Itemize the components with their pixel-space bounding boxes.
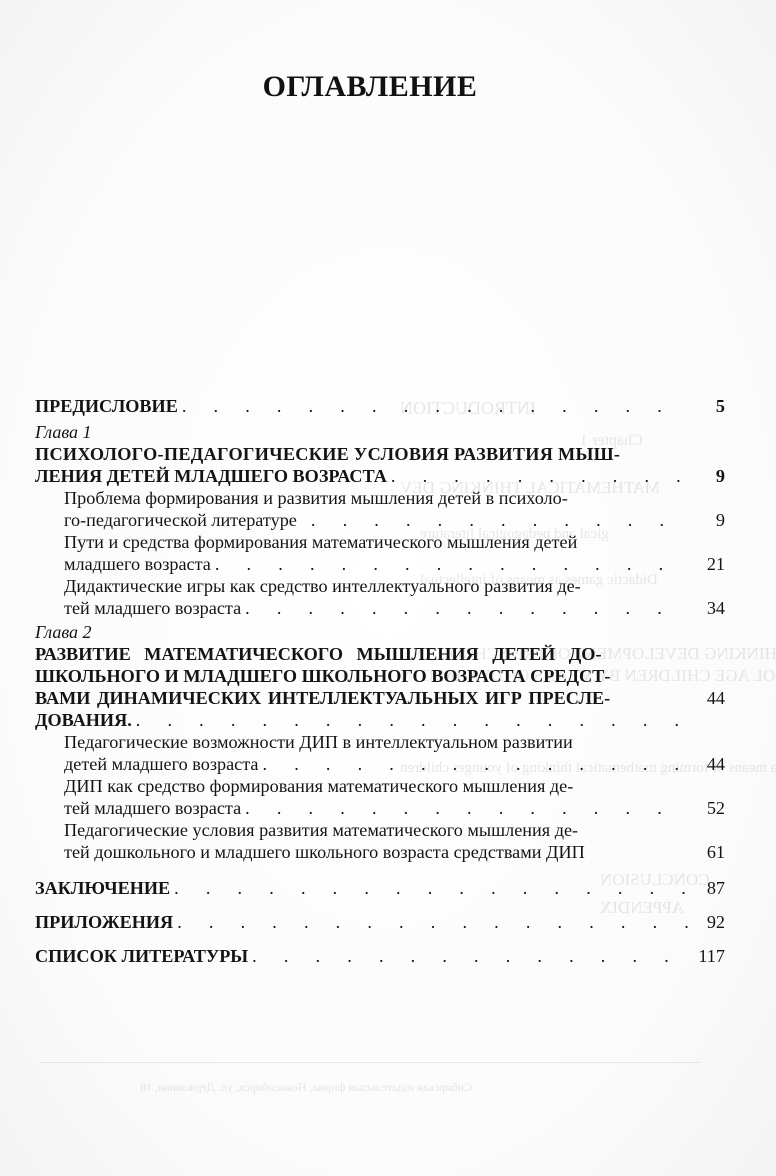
table-of-contents: ПРЕДИСЛОВИЕ . . . . . . . . . . . . . . … — [35, 395, 695, 967]
heading-line: ПСИХОЛОГО-ПЕДАГОГИЧЕСКИЕ УСЛОВИЯ РАЗВИТИ… — [35, 443, 695, 465]
dot-leader: . . . . . . . . . . . . . . . . . . . . … — [252, 945, 689, 967]
page-number: 44 — [689, 753, 725, 775]
entry-title: СПИСОК ЛИТЕРАТУРЫ — [35, 945, 248, 967]
dot-leader: . . . . . . . . . . . . . . . . . . . . … — [311, 509, 689, 531]
toc-section[interactable]: Пути и средства формирования математичес… — [35, 531, 695, 575]
page-number: 61 — [689, 841, 725, 863]
toc-entry-references[interactable]: СПИСОК ЛИТЕРАТУРЫ . . . . . . . . . . . … — [35, 945, 695, 967]
dot-leader: . . . . . . . . . . . . . . . . . . . . … — [174, 877, 689, 899]
show-through-text: Сибирская издательская фирма, Новосибирс… — [140, 1080, 472, 1095]
section-line: Педагогические условия развития математи… — [64, 819, 695, 841]
toc-section[interactable]: Дидактические игры как средство интеллек… — [35, 575, 695, 619]
toc-section[interactable]: Педагогические условия развития математи… — [35, 819, 695, 863]
chapter-label: Глава 2 — [35, 621, 695, 643]
page-number: 34 — [689, 597, 725, 619]
toc-entry-chapter-2[interactable]: РАЗВИТИЕ МАТЕМАТИЧЕСКОГО МЫШЛЕНИЯ ДЕТЕЙ … — [35, 643, 695, 731]
heading-line: ШКОЛЬНОГО И МЛАДШЕГО ШКОЛЬНОГО ВОЗРАСТА … — [35, 665, 695, 687]
section-line: ДИП как средство формирования математиче… — [64, 775, 695, 797]
heading-line: РАЗВИТИЕ МАТЕМАТИЧЕСКОГО МЫШЛЕНИЯ ДЕТЕЙ … — [35, 643, 695, 665]
book-page: INTRODUCTION Chapter 1 MATHEMATICAL THIN… — [0, 0, 776, 1176]
toc-entry-appendix[interactable]: ПРИЛОЖЕНИЯ . . . . . . . . . . . . . . .… — [35, 911, 695, 933]
section-line: го-педагогической литературе — [64, 509, 297, 531]
section-line: Проблема формирования и развития мышлени… — [64, 487, 695, 509]
heading-line: ЛЕНИЯ ДЕТЕЙ МЛАДШЕГО ВОЗРАСТА — [35, 465, 387, 487]
toc-section[interactable]: Педагогические возможности ДИП в интелле… — [35, 731, 695, 775]
dot-leader: . . . . . . . . . . . . . . . . . . . . … — [177, 911, 689, 933]
show-through-rule — [40, 1062, 701, 1063]
chapter-label: Глава 1 — [35, 421, 695, 443]
page-number: 117 — [689, 945, 725, 967]
page-number: 9 — [689, 509, 725, 531]
toc-entry-preface[interactable]: ПРЕДИСЛОВИЕ . . . . . . . . . . . . . . … — [35, 395, 695, 417]
section-line: Дидактические игры как средство интеллек… — [64, 575, 695, 597]
toc-entry-chapter-1[interactable]: ПСИХОЛОГО-ПЕДАГОГИЧЕСКИЕ УСЛОВИЯ РАЗВИТИ… — [35, 443, 695, 487]
page-number: 21 — [689, 553, 725, 575]
heading-line: ДОВАНИЯ. — [35, 709, 132, 731]
page-number: 92 — [689, 911, 725, 933]
section-line: Педагогические возможности ДИП в интелле… — [64, 731, 695, 753]
page-number: 52 — [689, 797, 725, 819]
section-line: тей дошкольного и младшего школьного воз… — [64, 841, 695, 863]
toc-entry-conclusion[interactable]: ЗАКЛЮЧЕНИЕ . . . . . . . . . . . . . . .… — [35, 877, 695, 899]
toc-section[interactable]: Проблема формирования и развития мышлени… — [35, 487, 695, 531]
section-line: тей младшего возраста — [64, 797, 241, 819]
page-title: ОГЛАВЛЕНИЕ — [0, 70, 740, 104]
section-line: детей младшего возраста — [64, 753, 259, 775]
dot-leader: . . . . . . . . . . . . . . . . . . . . … — [391, 465, 689, 487]
entry-title: ЗАКЛЮЧЕНИЕ — [35, 877, 170, 899]
dot-leader: . . . . . . . . . . . . . . . . . . . . … — [245, 797, 689, 819]
dot-leader: . . . . . . . . . . . . . . . . . . . . … — [263, 753, 690, 775]
section-line: тей младшего возраста — [64, 597, 241, 619]
dot-leader: . . . . . . . . . . . . . . . . . . . . … — [182, 395, 689, 417]
page-number: 44 — [689, 687, 725, 709]
section-line: Пути и средства формирования математичес… — [64, 531, 695, 553]
dot-leader: . . . . . . . . . . . . . . . . . . . . … — [215, 553, 689, 575]
toc-section[interactable]: ДИП как средство формирования математиче… — [35, 775, 695, 819]
section-line: младшего возраста — [64, 553, 211, 575]
dot-leader: . . . . . . . . . . . . . . . . . . . . … — [245, 597, 689, 619]
page-number: 87 — [689, 877, 725, 899]
entry-title: ПРИЛОЖЕНИЯ — [35, 911, 173, 933]
heading-line: ВАМИ ДИНАМИЧЕСКИХ ИНТЕЛЛЕКТУАЛЬНЫХ ИГР П… — [35, 687, 695, 709]
page-number: 5 — [689, 395, 725, 417]
entry-title: ПРЕДИСЛОВИЕ — [35, 395, 178, 417]
dot-leader: . . . . . . . . . . . . . . . . . . . . … — [136, 709, 689, 731]
page-number: 9 — [689, 465, 725, 487]
